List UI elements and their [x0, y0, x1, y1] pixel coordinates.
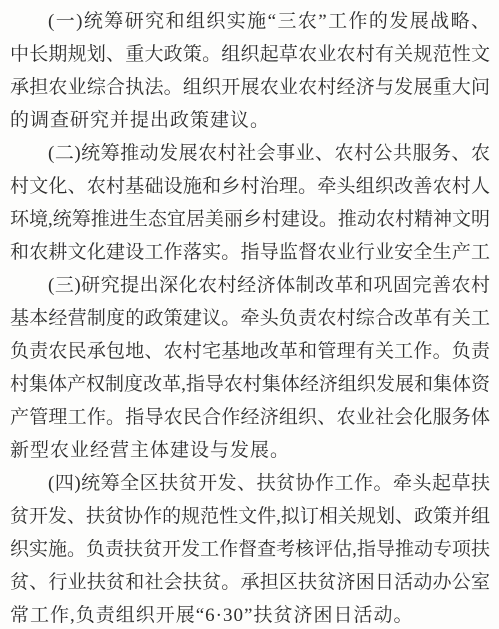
- paragraph-4: (四)统筹全区扶贫开发、扶贫协作工作。牵头起草扶 贫开发、扶贫协作的规范性文件,…: [10, 467, 490, 629]
- text-line: 负责农民承包地、农村宅基地改革和管理有关工作。负责农: [10, 335, 490, 368]
- text-line: 织实施。负责扶贫开发工作督查考核评估,指导推动专项扶: [10, 533, 490, 566]
- text-line: 贫开发、扶贫协作的规范性文件,拟订相关规划、政策并组: [10, 500, 490, 533]
- paragraph-3: (三)研究提出深化农村经济体制改革和巩固完善农村 基本经营制度的政策建议。牵头负…: [10, 269, 490, 467]
- text-line: 中长期规划、重大政策。组织起草农业农村有关规范性文件,: [10, 38, 490, 71]
- text-line: 村集体产权制度改革,指导农村集体经济组织发展和集体资: [10, 368, 490, 401]
- text-line: 基本经营制度的政策建议。牵头负责农村综合改革有关工作。: [10, 302, 490, 335]
- text-line: 村文化、农村基础设施和乡村治理。牵头组织改善农村人居: [10, 170, 490, 203]
- text-line: 和农耕文化建设工作落实。指导监督农业行业安全生产工作。: [10, 236, 490, 269]
- text-line: (一)统筹研究和组织实施“三农”工作的发展战略、: [10, 5, 490, 38]
- document-page: (一)统筹研究和组织实施“三农”工作的发展战略、 中长期规划、重大政策。组织起草…: [0, 0, 499, 629]
- text-line: (四)统筹全区扶贫开发、扶贫协作工作。牵头起草扶: [10, 467, 490, 500]
- text-line: 贫、行业扶贫和社会扶贫。承担区扶贫济困日活动办公室日: [10, 566, 490, 599]
- text-line: 产管理工作。指导农民合作经济组织、农业社会化服务体系、: [10, 401, 490, 434]
- text-line: 新型农业经营主体建设与发展。: [10, 434, 490, 467]
- text-line: 环境,统筹推进生态宜居美丽乡村建设。推动农村精神文明: [10, 203, 490, 236]
- text-line: 常工作,负责组织开展“6·30”扶贫济困日活动。: [10, 599, 490, 629]
- text-line: 的调查研究并提出政策建议。: [10, 104, 490, 137]
- paragraph-2: (二)统筹推动发展农村社会事业、农村公共服务、农 村文化、农村基础设施和乡村治理…: [10, 137, 490, 269]
- text-line: (二)统筹推动发展农村社会事业、农村公共服务、农: [10, 137, 490, 170]
- text-line: (三)研究提出深化农村经济体制改革和巩固完善农村: [10, 269, 490, 302]
- paragraph-1: (一)统筹研究和组织实施“三农”工作的发展战略、 中长期规划、重大政策。组织起草…: [10, 5, 490, 137]
- text-line: 承担农业综合执法。组织开展农业农村经济与发展重大问题: [10, 71, 490, 104]
